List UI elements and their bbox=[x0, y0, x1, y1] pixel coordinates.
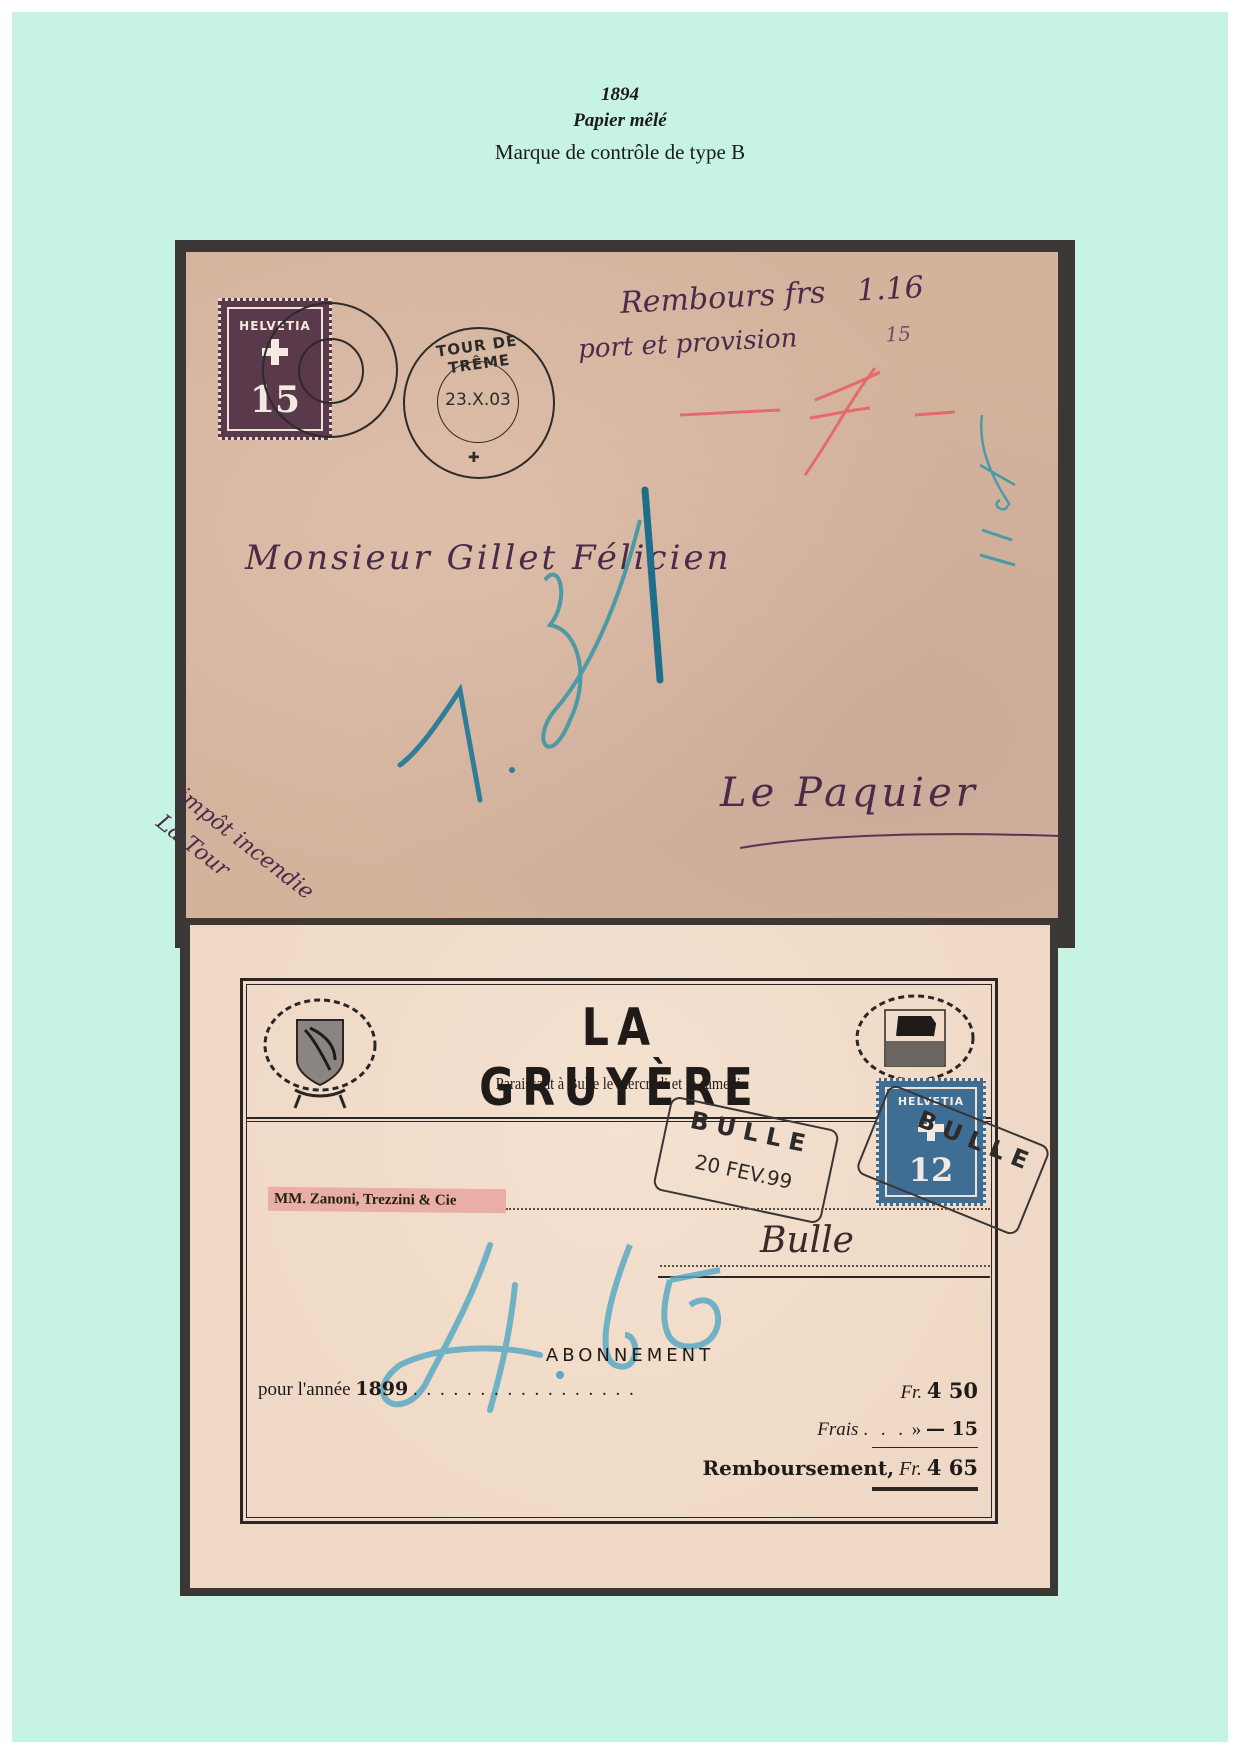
city-handwritten: Bulle bbox=[760, 1220, 854, 1261]
line-fees: Frais . . . » — 15 bbox=[620, 1418, 978, 1441]
cow-coat-of-arms-icon bbox=[850, 988, 980, 1088]
destination: Le Paquier bbox=[720, 770, 979, 816]
postmark-circle-1-inner bbox=[298, 338, 364, 404]
destination-underline bbox=[740, 830, 1060, 850]
total-rule bbox=[872, 1487, 978, 1491]
address-label: MM. Zanoni, Trezzini & Cie bbox=[268, 1187, 506, 1213]
blue-amount-1-21 bbox=[380, 480, 700, 810]
page-year: 1894 bbox=[0, 84, 1240, 106]
newspaper-subtitle: Paraissant à Bulle le mercredi et le sam… bbox=[433, 1074, 807, 1094]
red-mark bbox=[680, 360, 970, 480]
address-dotted-line bbox=[506, 1208, 990, 1210]
postmark-cross-icon: ✚ bbox=[468, 450, 480, 466]
fees-rule bbox=[872, 1447, 978, 1448]
page-subtitle: Papier mêlé bbox=[0, 110, 1240, 132]
newspaper-title: LA GRUYÈRE bbox=[440, 998, 801, 1118]
section-title: ABONNEMENT bbox=[480, 1345, 780, 1366]
winged-heraldic-emblem-icon bbox=[255, 990, 385, 1110]
line-total: Remboursement, Fr. 4 65 bbox=[540, 1455, 978, 1481]
line-subscription: pour l'année 1899 . . . . . . . . . . . … bbox=[258, 1378, 978, 1401]
blue-no-mark bbox=[970, 405, 1030, 575]
postmark-date: 23.X.03 bbox=[440, 390, 516, 410]
page-description: Marque de contrôle de type B bbox=[0, 140, 1240, 165]
